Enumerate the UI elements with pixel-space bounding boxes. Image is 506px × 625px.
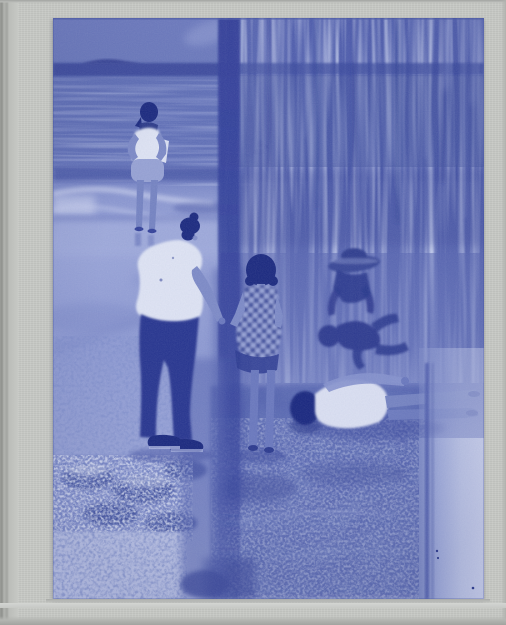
grain-dark	[53, 18, 484, 599]
book-spine	[0, 0, 18, 625]
board-right-edge	[501, 0, 506, 625]
cover-photo-print	[53, 18, 484, 599]
board-bottom-edge	[0, 616, 506, 625]
cyanotype-photo	[53, 18, 484, 599]
book-photo-scene	[0, 0, 506, 625]
board-top-edge	[0, 0, 506, 3]
cover-bottom-ridge	[0, 603, 506, 608]
